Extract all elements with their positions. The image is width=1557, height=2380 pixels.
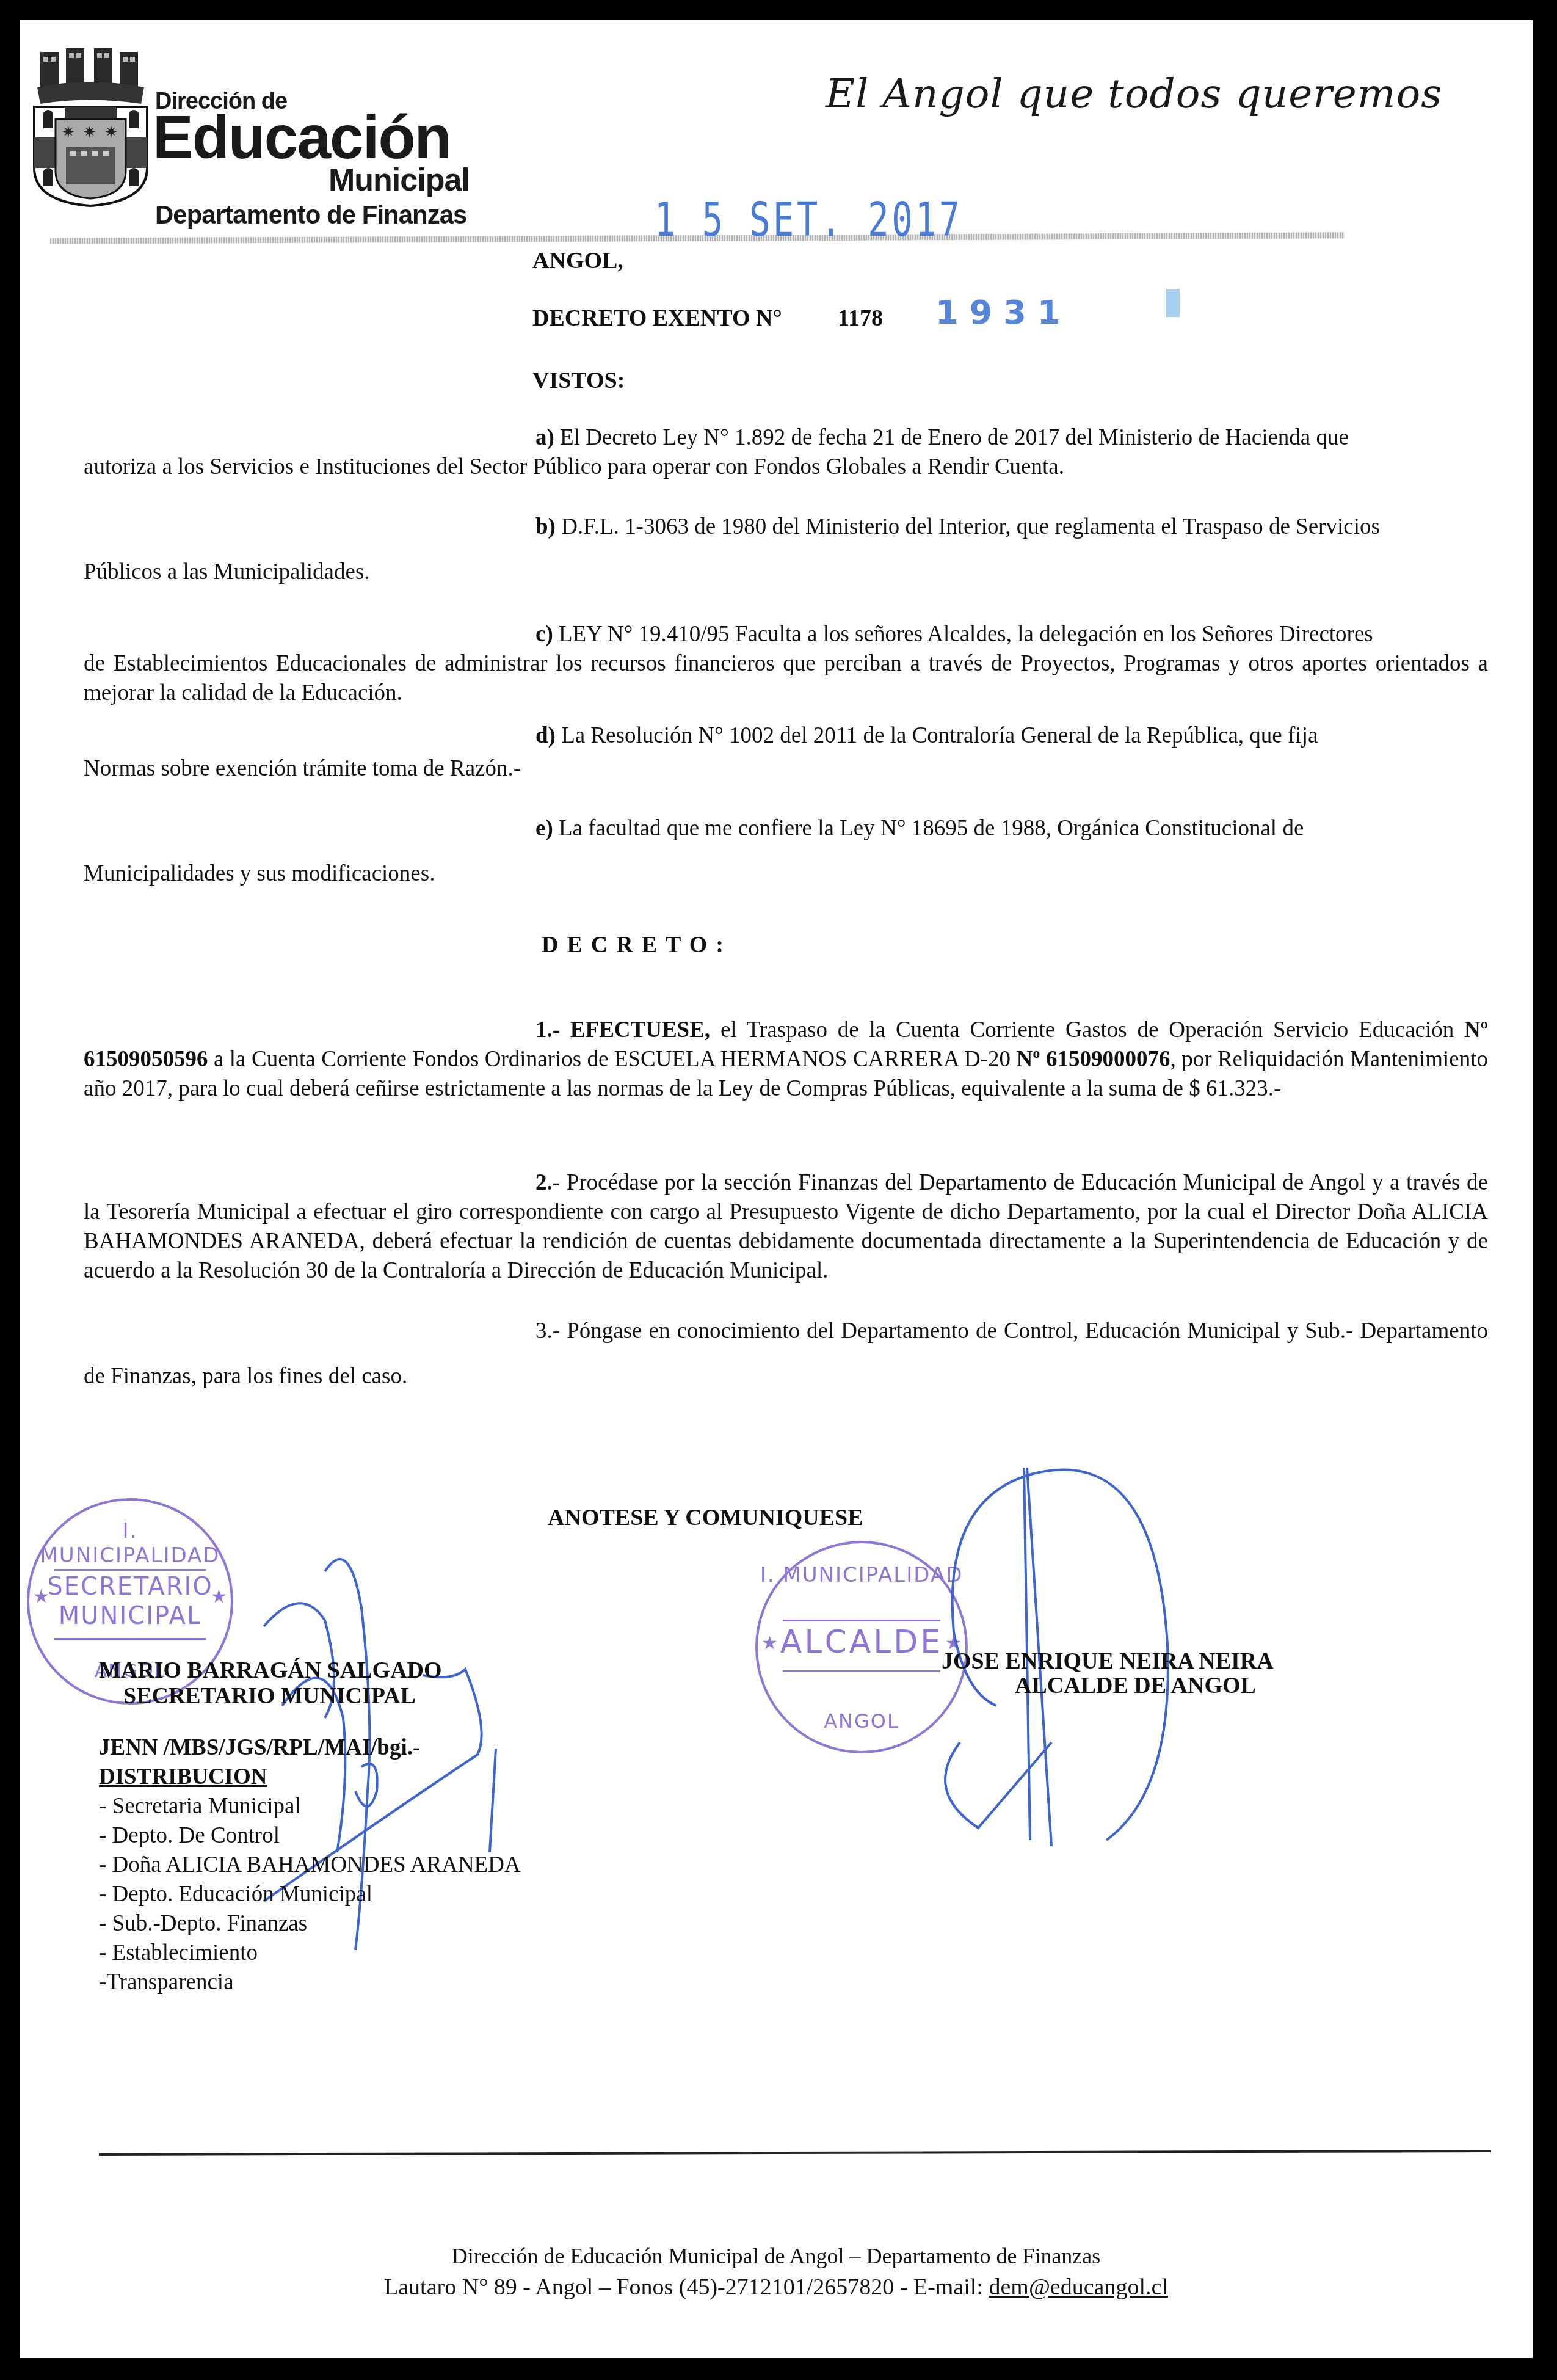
visto-letter: e) — [535, 816, 553, 841]
mayor-title: ALCALDE DE ANGOL — [1015, 1672, 1256, 1699]
distribution-item: - Establecimiento — [99, 1938, 521, 1968]
item-text: Procédase por la sección Finanzas del De… — [84, 1170, 1488, 1283]
header-line-educacion: Educación — [153, 107, 451, 168]
visto-b: b) D.F.L. 1-3063 de 1980 del Ministerio … — [84, 512, 1488, 587]
distribution-item: - Depto. Educación Municipal — [99, 1880, 521, 1909]
item-text: el Traspaso de la Cuenta Corriente Gasto… — [710, 1017, 1464, 1043]
item-keyword: EFECTUESE, — [570, 1017, 710, 1043]
footer-contact: Lautaro N° 89 - Angol – Fonos (45)-27121… — [20, 2274, 1533, 2301]
visto-text-cont: de Establecimientos Educacionales de adm… — [84, 651, 1488, 705]
seal-top-text: I. MUNICIPALIDAD — [29, 1519, 231, 1568]
visto-letter: b) — [535, 514, 556, 539]
date-stamp: 1 5 SET. 2017 — [655, 192, 963, 247]
svg-text:✷: ✷ — [83, 123, 96, 141]
header-line-municipal: Municipal — [328, 162, 470, 198]
document-page: ✷✷✷ Dirección de Educación Municipal Dep… — [20, 20, 1533, 2358]
distribution-block: JENN /MBS/JGS/RPL/MAI/bgi.- DISTRIBUCION… — [99, 1733, 521, 1997]
item-number: 3.- — [535, 1319, 560, 1344]
distribution-item: - Doña ALICIA BAHAMONDES ARANEDA — [99, 1851, 521, 1880]
number-stamp: 1931 — [935, 293, 1071, 332]
decree-number: 1178 — [838, 305, 883, 332]
stamp-mark-icon — [1166, 289, 1180, 317]
distribution-item: - Depto. De Control — [99, 1821, 521, 1851]
visto-e: e) La facultad que me confiere la Ley N°… — [84, 814, 1488, 889]
visto-text-cont: Públicos a las Municipalidades. — [84, 559, 370, 584]
decreto-item-1: 1.- EFECTUESE, el Traspaso de la Cuenta … — [84, 1016, 1488, 1104]
visto-text-cont: autoriza a los Servicios e Instituciones… — [84, 454, 1064, 479]
item-number: 2.- — [535, 1170, 560, 1195]
footer-address: Lautaro N° 89 - Angol – Fonos (45)-27121… — [384, 2274, 989, 2300]
distribution-item: - Secretaria Municipal — [99, 1792, 521, 1821]
visto-c: c) LEY N° 19.410/95 Faculta a los señore… — [84, 620, 1488, 708]
decreto-item-2: 2.- Procédase por la sección Finanzas de… — [84, 1168, 1488, 1286]
visto-text: El Decreto Ley N° 1.892 de fecha 21 de E… — [560, 425, 1349, 450]
distribution-item: -Transparencia — [99, 1968, 521, 1997]
coat-of-arms-icon: ✷✷✷ — [28, 46, 153, 208]
slogan: El Angol que todos queremos — [826, 70, 1442, 117]
distribution-item: - Sub.-Depto. Finanzas — [99, 1909, 521, 1938]
item-number: 1.- — [535, 1017, 560, 1043]
vistos-heading: VISTOS: — [532, 367, 625, 394]
svg-text:✷: ✷ — [62, 123, 75, 141]
visto-a: a) El Decreto Ley N° 1.892 de fecha 21 d… — [84, 423, 1488, 482]
svg-text:✷: ✷ — [104, 123, 118, 141]
city-line: ANGOL, — [532, 247, 623, 274]
distribution-title: DISTRIBUCION — [99, 1763, 521, 1792]
secretary-name: MARIO BARRAGÁN SALGADO — [99, 1657, 442, 1684]
mayor-name: JOSE ENRIQUE NEIRA NEIRA — [942, 1648, 1274, 1675]
visto-text-cont: Normas sobre exención trámite toma de Ra… — [84, 756, 521, 781]
visto-letter: c) — [535, 622, 553, 647]
footer-divider — [99, 2150, 1491, 2156]
header-line-departamento: Departamento de Finanzas — [155, 200, 466, 230]
closing-formula: ANOTESE Y COMUNIQUESE — [548, 1504, 863, 1531]
visto-text: La facultad que me confiere la Ley N° 18… — [559, 816, 1304, 841]
decreto-item-3: 3.- Póngase en conocimiento del Departam… — [84, 1309, 1488, 1399]
reference-initials: JENN /MBS/JGS/RPL/MAI/bgi.- — [99, 1733, 521, 1763]
item-text: a la Cuenta Corriente Fondos Ordinarios … — [208, 1047, 1017, 1072]
email-link[interactable]: dem@educangol.cl — [989, 2274, 1168, 2300]
seal-mid-text: SECRETARIO — [29, 1573, 231, 1601]
account-to: Nº 61509000076 — [1017, 1047, 1170, 1072]
visto-d: d) La Resolución N° 1002 del 2011 de la … — [84, 721, 1488, 784]
footer-org: Dirección de Educación Municipal de Ango… — [20, 2243, 1533, 2269]
star-icon: ★ — [761, 1632, 778, 1654]
decreto-heading: DECRETO: — [542, 931, 732, 958]
secretary-title: SECRETARIO MUNICIPAL — [123, 1683, 416, 1709]
visto-text: LEY N° 19.410/95 Faculta a los señores A… — [559, 622, 1373, 647]
decree-label: DECRETO EXENTO N° — [532, 305, 782, 332]
visto-letter: d) — [535, 723, 556, 748]
star-icon: ★ — [33, 1586, 49, 1607]
seal-mid-text: MUNICIPAL — [29, 1602, 231, 1630]
visto-text-cont: Municipalidades y sus modificaciones. — [84, 861, 435, 886]
visto-text: D.F.L. 1-3063 de 1980 del Ministerio del… — [561, 514, 1380, 539]
visto-letter: a) — [535, 425, 554, 450]
item-text: Póngase en conocimiento del Departamento… — [84, 1319, 1488, 1389]
visto-text: La Resolución N° 1002 del 2011 de la Con… — [556, 723, 1318, 748]
